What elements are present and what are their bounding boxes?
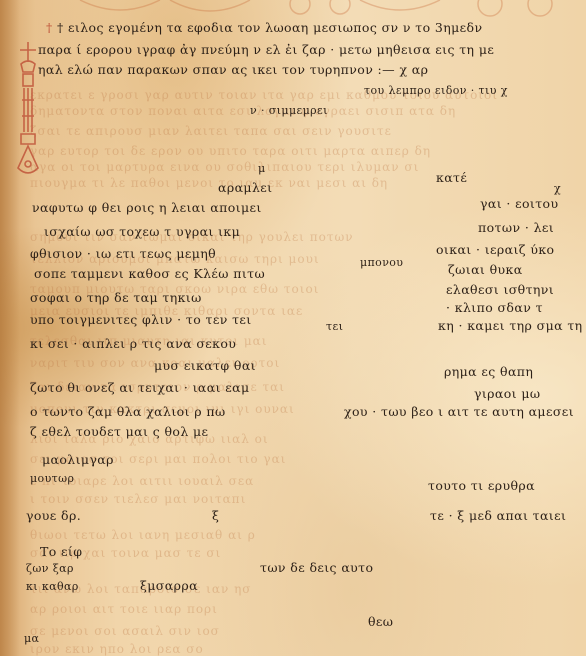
right-line: τει (326, 320, 343, 333)
right-line: μπονου (360, 256, 403, 269)
right-line: ποτων · λει (478, 220, 554, 235)
right-line: · κλιπο σδαν τ (446, 300, 543, 315)
left-line: μυσ εικατφ θαι (154, 358, 256, 373)
left-line: μα (24, 632, 39, 645)
right-line: οικαι · ιεραιζ ύκο (436, 242, 554, 257)
left-line: ισχαίω ωσ τοχεω τ υγραι ικμ (44, 224, 240, 239)
header-line-4: του λεμπρο ειδον · τιυ χ (364, 84, 508, 97)
left-line: κι καθαρ (26, 580, 79, 593)
right-line: τε · ξ μεδ απαι ταιει (430, 508, 566, 523)
left-line: σοφαι ο τηρ δε ταμ τηκιω (30, 290, 202, 305)
header-text-3: ηαλ ελώ παν παρακων σπαν ας ικει τον τυρ… (38, 62, 428, 77)
left-line: σοπε ταμμενι καθοσ ες Κλέω πιτω (34, 266, 265, 281)
left-line: μ (258, 162, 266, 175)
left-line: φθισιον · ιω ετι τεως μεμηθ (30, 246, 216, 261)
right-line: χ (554, 182, 561, 195)
left-line: μουτωρ (30, 472, 74, 485)
right-line: γαι · εοιτου (480, 196, 558, 211)
header-text-1: † ειλος εγομένη τα εφοδια τον λωοαη μεσι… (57, 20, 482, 35)
manuscript-page: εκρατει ε γροσι γαρ αυτιν τοιαν ιτα γαρ … (0, 0, 586, 656)
left-line: μαολιμγαρ (42, 452, 114, 467)
right-line: κατέ (436, 170, 467, 185)
left-line: υπο τοιγμενιτες φλιν · το τεν τει (30, 312, 252, 327)
header-line-2: παρα ί ερορου ιγραφ ἀγ πνεύμη ν ελ ἐι ζα… (38, 42, 494, 57)
left-line: ζωτο θι ονεζ αι τειχαι · ιααι εαμ (30, 380, 249, 395)
rubric-cross: † (46, 20, 53, 35)
header-line-1: † † ειλος εγομένη τα εφοδια τον λωοαη με… (46, 20, 482, 35)
left-line: γουε δρ. (26, 508, 81, 523)
right-line: ρημα ες θαπη (444, 364, 533, 379)
marginal-cross-ornament-icon (14, 40, 42, 180)
left-line: ναφυτω φ θει ροις η λειαι αποιμει (32, 200, 262, 215)
header-line-5: ν · σιμμεμρει (250, 104, 328, 117)
right-line: κη · καμει τηρ σμα τη (438, 318, 583, 333)
left-line: κι σει · αιπλει ρ τις ανα σεκου (30, 336, 236, 351)
left-line: ξμσαρρα (140, 578, 198, 593)
header-text-2: παρα ί ερορου ιγραφ ἀγ πνεύμη ν ελ ἐι ζα… (38, 42, 494, 57)
right-line: ελαθεσι ισθτηνι (446, 282, 554, 297)
right-line: τουτο τι ερυθρα (428, 478, 535, 493)
left-line: ο τωντο ζαμ θλα χαλιοι ρ πω (30, 404, 226, 419)
header-line-3: ηαλ ελώ παν παρακων σπαν ας ικει τον τυρ… (38, 62, 428, 77)
left-line: ζ εθελ τουδετ μαι ς θολ με (30, 424, 208, 439)
left-line: αραμλει (218, 180, 272, 195)
right-line: των δε δεις αυτο (260, 560, 373, 575)
right-line: χου · τωυ βεο ι αιτ τε αυτη αμεσει (344, 404, 574, 419)
left-line: ζων ξαρ (26, 562, 74, 575)
left-line: ξ (212, 508, 219, 523)
right-line: θεω (368, 614, 393, 629)
right-line: γιραοι μω (474, 386, 540, 401)
left-line: Το είφ (40, 544, 82, 559)
right-line: ζωιαι θυκα (448, 262, 523, 277)
